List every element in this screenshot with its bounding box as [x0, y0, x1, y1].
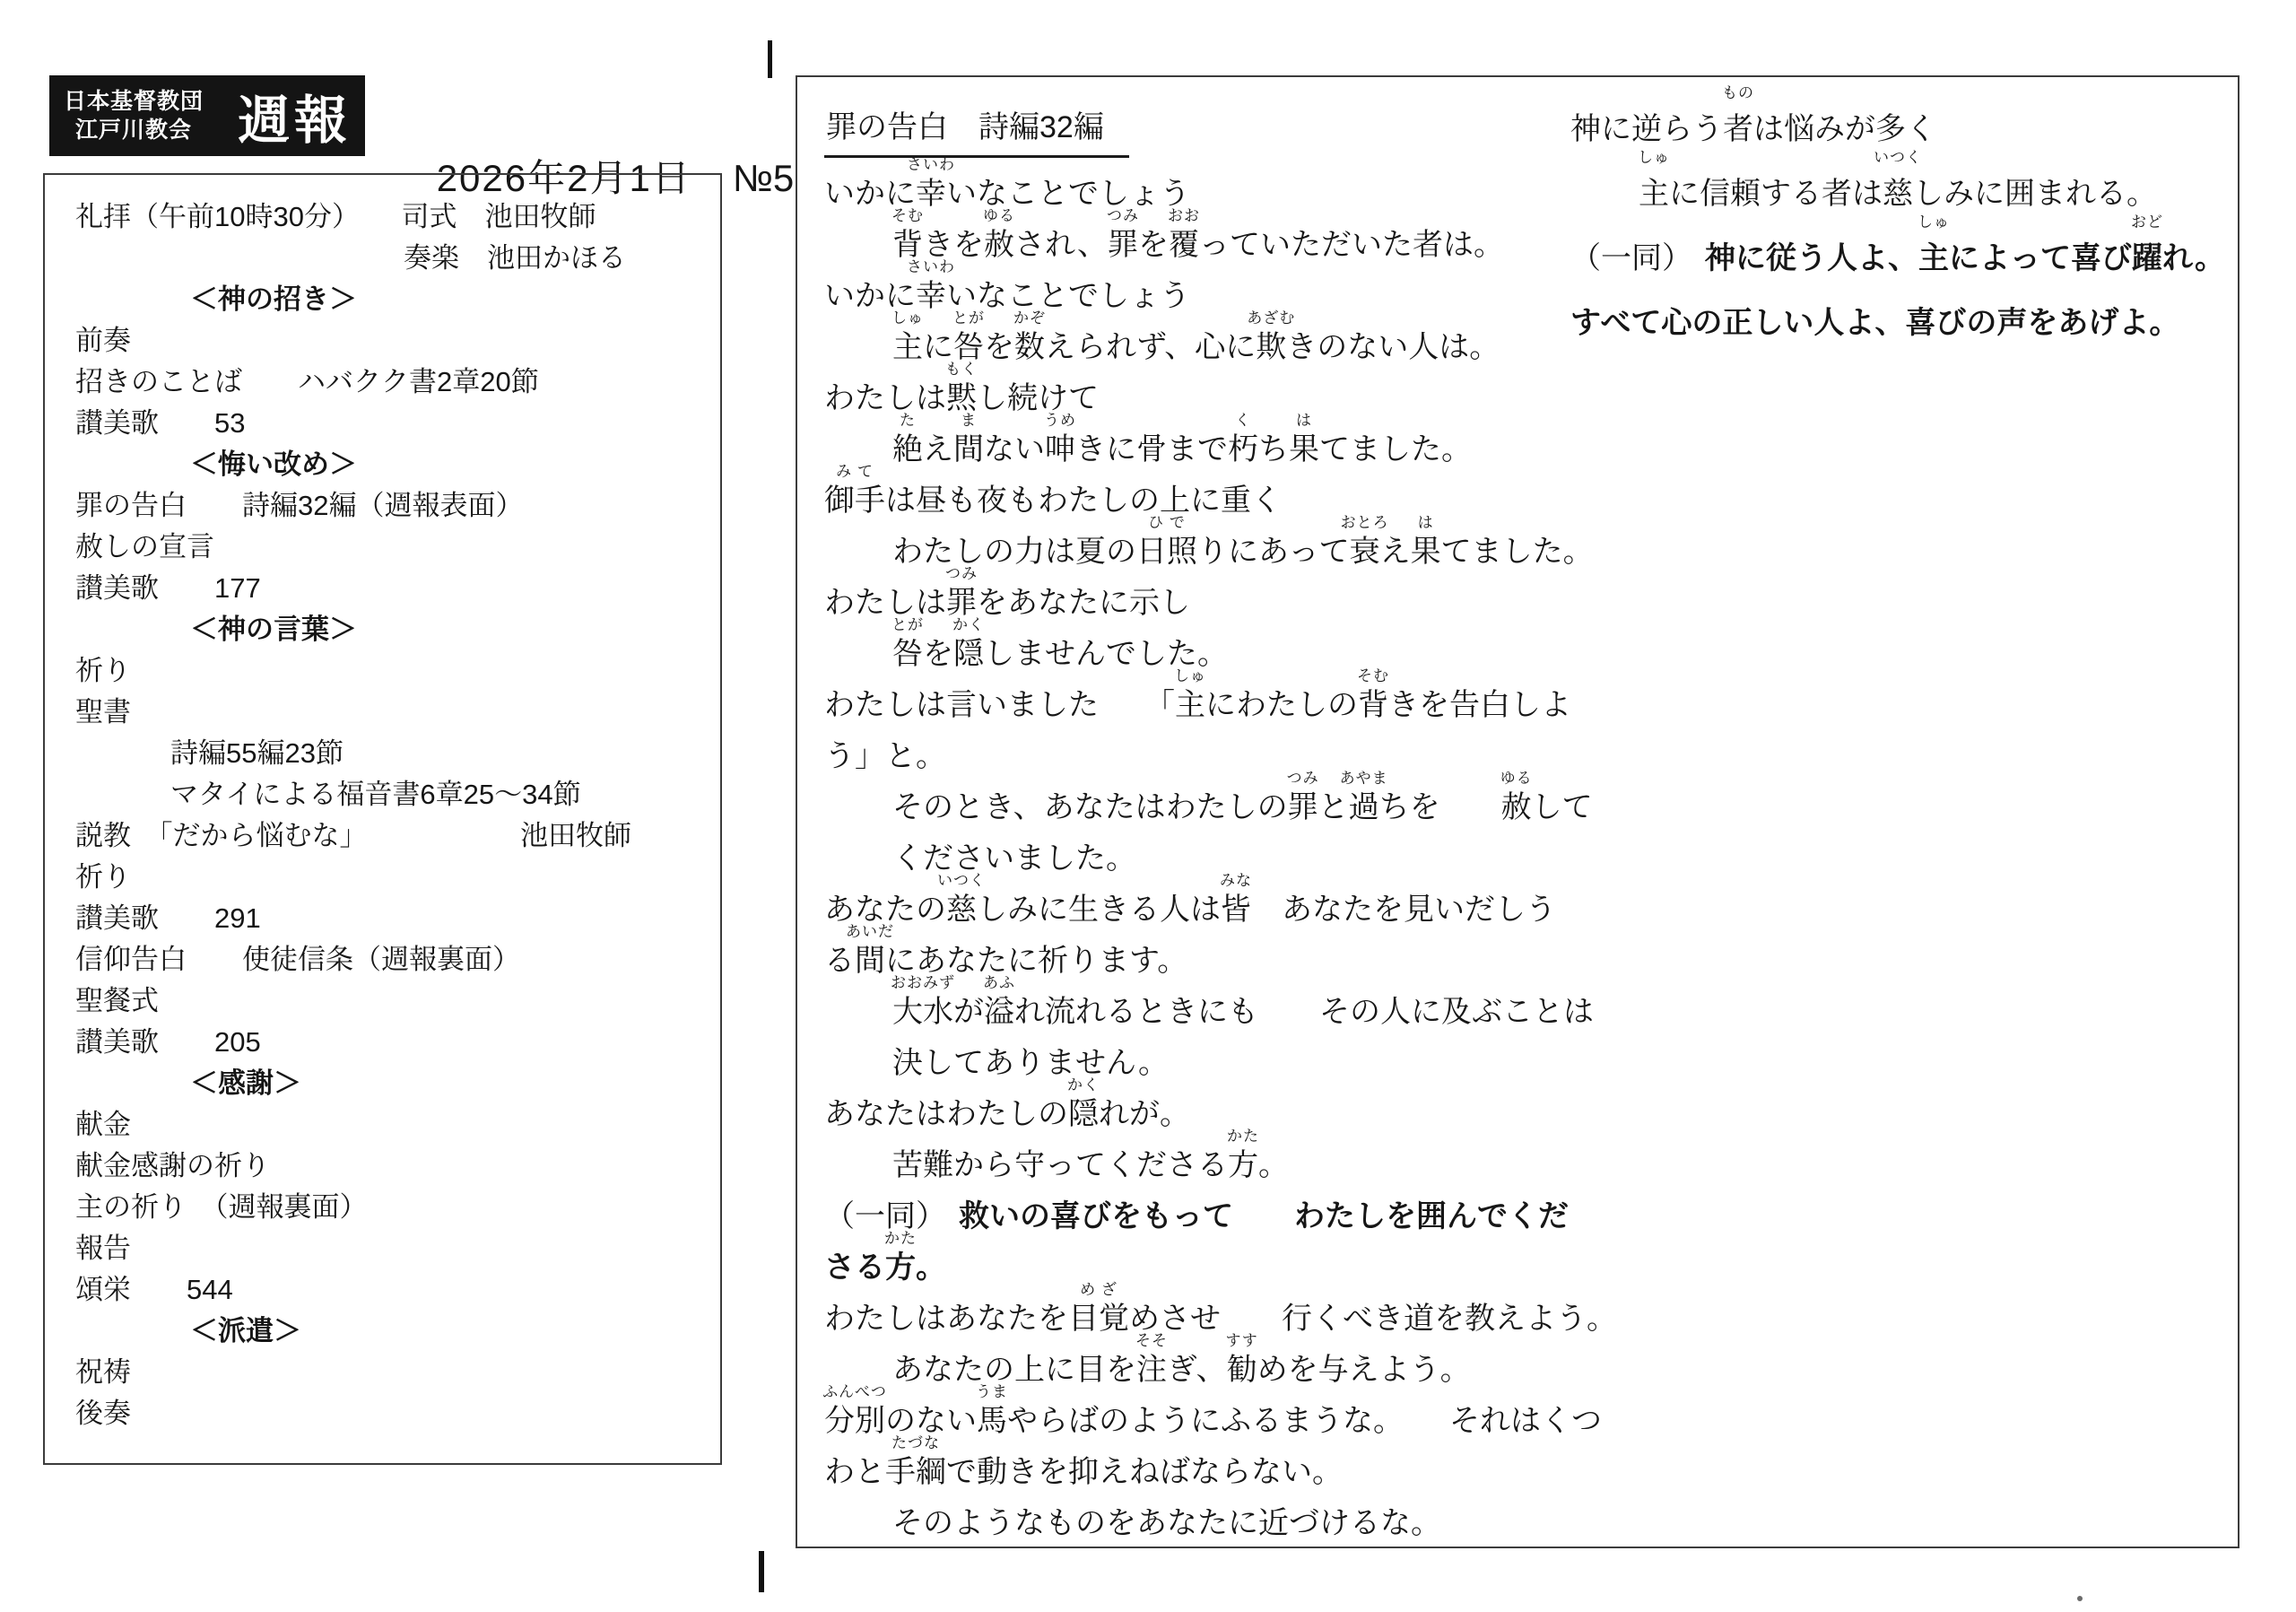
scan-speck [2077, 1596, 2083, 1601]
service-line: ＜感謝＞ [75, 1063, 713, 1104]
text-run: は悩みが多く [1753, 112, 1936, 146]
ruby-base: 衰おとろ [1350, 527, 1380, 578]
text-run: 決してありません。 [892, 1046, 1169, 1080]
text-run: あなたを見いだしう [1251, 893, 1556, 927]
furigana: うめ [1044, 413, 1076, 428]
furigana: かた [1227, 1128, 1259, 1144]
ruby-base: 慈いつく [946, 884, 977, 936]
issue-number: №5 [733, 157, 794, 199]
furigana: かく [1067, 1077, 1100, 1093]
psalm-line: 御手み ては昼も夜もわたしの上に重く [824, 475, 1570, 527]
service-line: 説教 「だから悩むな」 池田牧師 [75, 815, 713, 857]
furigana: たづな [891, 1435, 940, 1451]
text-run: れ流れるときにも その人に及ぶことは [1014, 995, 1594, 1029]
service-line: 祈り [75, 650, 713, 692]
furigana: ゆる [1500, 771, 1533, 786]
text-run: ない [984, 432, 1045, 466]
text-run: う」と。 [824, 739, 946, 773]
furigana: つみ [945, 566, 978, 581]
service-line: ＜派遣＞ [75, 1311, 713, 1352]
service-line: 赦しの宣言 [75, 527, 713, 568]
ruby-base: 馬うま [977, 1396, 1007, 1447]
text-run: いなことでしょう [946, 279, 1190, 313]
ruby-base: 分別ふんべつ [824, 1396, 885, 1447]
furigana: つみ [1287, 771, 1319, 786]
ruby-base: 御手み て [824, 475, 885, 527]
text-run: 救いの喜びをもって わたしを囲んでくだ [959, 1199, 1569, 1233]
text-run: りにあって [1197, 535, 1350, 569]
text-run: わたしは言いました 「 [824, 688, 1175, 722]
psalm-line: 主しゅに咎とがを数かぞえられず、心に欺あざむきのない人は。 [824, 322, 1570, 373]
text-run: えられず、心に [1045, 330, 1256, 364]
furigana: は [1418, 515, 1434, 530]
furigana: もの [1722, 85, 1754, 100]
psalm-line: 絶たえ間まない呻うめきに骨まで朽くち果はてました。 [824, 424, 1570, 475]
psalm-box: 罪の告白 詩編32編 いかに幸さいわいなことでしょう背そむきを赦ゆるされ、罪つみ… [796, 75, 2239, 1548]
text-run: あなたの上に目を [892, 1353, 1136, 1387]
text-run: てました。 [1441, 535, 1594, 569]
furigana: しゅ [1638, 150, 1670, 165]
furigana: おおみず [891, 975, 955, 990]
text-run: わたしはあなたを [824, 1302, 1068, 1336]
text-run: きに骨まで [1075, 432, 1228, 466]
furigana: すす [1226, 1333, 1258, 1348]
service-line: 頌栄 544 [75, 1269, 713, 1311]
furigana: そそ [1135, 1333, 1168, 1348]
furigana: く [1235, 413, 1251, 428]
psalm-line: いかに幸さいわいなことでしょう [824, 271, 1570, 322]
ruby-base: 大水おおみず [892, 987, 953, 1038]
psalm-line: そのとき、あなたはわたしの罪つみと過あやまちを 赦ゆるして [824, 782, 1570, 833]
service-line: 讃美歌 291 [75, 898, 713, 939]
ruby-base: 日照ひ で [1136, 527, 1197, 578]
ruby-base: 主しゅ [892, 322, 923, 373]
text-run: に [923, 330, 953, 364]
ruby-base: 方かた [1228, 1140, 1258, 1191]
furigana: さいわ [907, 157, 955, 172]
service-line: 聖書 [75, 692, 713, 733]
ruby-base: 絶た [892, 424, 923, 475]
furigana: かぞ [1013, 310, 1046, 326]
psalm-line: そのようなものをあなたに近づけるな。 [824, 1498, 1570, 1549]
text-run: めを与えよう。 [1257, 1353, 1471, 1387]
text-run: わたしは [824, 381, 946, 415]
text-run: （一同） [824, 1199, 946, 1233]
text-run: わたしの力は夏の [892, 535, 1136, 569]
text-run: わたしは [824, 586, 946, 620]
psalm-line: （一同）救いの喜びをもって わたしを囲んでくだ [824, 1191, 1570, 1242]
ruby-base: 隠かく [953, 629, 984, 680]
service-line: 後奏 [75, 1393, 713, 1434]
text-run: めさせ 行くべき道を教えよう。 [1129, 1302, 1617, 1336]
text-run: され、 [1014, 228, 1108, 262]
text-run: あなたはわたしの [824, 1097, 1068, 1131]
furigana: あいだ [846, 924, 894, 939]
church-name: 日本基督教団 江戸川教会 [64, 87, 204, 145]
ruby-base: 躍おど [2132, 226, 2162, 291]
psalm-line: う」と。 [824, 731, 1570, 782]
service-line: 讃美歌 53 [75, 403, 713, 444]
text-run: 神に従う人よ、 [1705, 241, 1918, 275]
text-run: いなことでしょう [946, 177, 1190, 211]
text-run: 。 [1258, 1148, 1289, 1182]
text-run: そのとき、あなたはわたしの [892, 790, 1288, 824]
furigana: そむ [891, 208, 924, 223]
service-line: 罪の告白 詩編32編（週報表面） [75, 485, 713, 527]
text-run: いかに [824, 177, 916, 211]
ruby-base: 赦ゆる [1501, 782, 1532, 833]
masthead: 日本基督教団 江戸川教会 週報 [49, 75, 365, 156]
furigana: み て [836, 464, 874, 479]
text-run: すべて心の正しい人よ、喜びの声をあげよ。 [1570, 306, 2179, 340]
ruby-base: 罪つみ [1108, 220, 1138, 271]
psalm-line: さる方かた。 [824, 1242, 1570, 1294]
ruby-base: 目覚め ざ [1068, 1294, 1129, 1345]
ruby-base: 方かた [885, 1242, 916, 1294]
psalm-column-1: 罪の告白 詩編32編 いかに幸さいわいなことでしょう背そむきを赦ゆるされ、罪つみ… [824, 97, 1570, 1549]
furigana: た [900, 413, 916, 428]
text-run: を [923, 637, 953, 671]
ruby-base: 者もの [1723, 97, 1753, 161]
ruby-base: 背そむ [1358, 680, 1388, 731]
text-run: さる [824, 1250, 885, 1285]
furigana: おとろ [1341, 515, 1389, 530]
text-run: くださいました。 [892, 841, 1136, 876]
psalm-title: 罪の告白 詩編32編 [824, 97, 1129, 158]
furigana: しゅ [891, 310, 924, 326]
ruby-base: 主しゅ [1918, 226, 1949, 291]
text-run: ぎ、 [1167, 1353, 1227, 1387]
ruby-base: 皆みな [1221, 884, 1251, 936]
psalm-line: あなたはわたしの隠かくれが。 [824, 1089, 1570, 1140]
furigana: ま [961, 413, 977, 428]
psalm-line: わと手綱たづなで動きを抑えねばならない。 [824, 1447, 1570, 1498]
service-line: 祝祷 [75, 1352, 713, 1393]
org-line1: 日本基督教団 [64, 87, 204, 117]
text-run: やらばのようにふるまうな。 それはくつ [1007, 1404, 1602, 1438]
ruby-base: 手綱たづな [885, 1447, 946, 1498]
text-run: しみに生きる人は [977, 893, 1221, 927]
ruby-base: 主しゅ [1175, 680, 1205, 731]
ruby-base: 間あいだ [855, 936, 885, 987]
service-line: 献金 [75, 1104, 713, 1146]
service-line: 主の祈り （週報裏面） [75, 1187, 713, 1228]
ruby-base: 覆おお [1169, 220, 1199, 271]
psalm-line: くださいました。 [824, 833, 1570, 884]
furigana: あざむ [1247, 310, 1295, 326]
ruby-base: 勧すす [1227, 1345, 1257, 1396]
text-run: る [824, 944, 855, 978]
psalm-line: あなたの慈いつくしみに生きる人は皆みな あなたを見いだしう [824, 884, 1570, 936]
psalm-column-2: 神に逆らう者ものは悩みが多く主しゅに信頼する者は慈いつくしみに囲まれる。（一同）… [1570, 97, 2236, 355]
psalm-col1-lines: いかに幸さいわいなことでしょう背そむきを赦ゆるされ、罪つみを覆おおっていただいた… [824, 169, 1570, 1549]
text-run: きを告白しよ [1388, 688, 1571, 722]
psalm-line: わたしは罪つみをあなたに示し [824, 578, 1570, 629]
service-line: 礼拝（午前10時30分） 司式 池田牧師 [75, 196, 713, 238]
text-run: っていただいた者は。 [1199, 228, 1504, 262]
furigana: め ざ [1080, 1282, 1118, 1297]
ruby-base: 赦ゆる [984, 220, 1014, 271]
furigana: ふんべつ [822, 1384, 887, 1399]
service-line: 讃美歌 205 [75, 1022, 713, 1063]
furigana: とが [952, 310, 985, 326]
furigana: あやま [1340, 771, 1388, 786]
service-line: 奏楽 池田かほる [75, 238, 713, 279]
ruby-base: 欺あざむ [1256, 322, 1286, 373]
text-run: れ。 [2162, 241, 2225, 275]
furigana: あふ [983, 975, 1015, 990]
furigana: もく [945, 362, 978, 377]
service-line: 祈り [75, 857, 713, 898]
text-run: にわたしの [1205, 688, 1358, 722]
furigana: さいわ [907, 259, 955, 274]
text-run: いかに [824, 279, 916, 313]
text-run: で動きを抑えねばならない。 [946, 1455, 1343, 1489]
text-run: ち [1258, 432, 1289, 466]
text-run: し続けて [977, 381, 1099, 415]
furigana: ひ で [1148, 515, 1186, 530]
furigana: そむ [1357, 668, 1389, 684]
ruby-base: 間ま [953, 424, 984, 475]
text-run: と [1318, 790, 1349, 824]
psalm-line: わたしの力は夏の日照ひ でりにあって衰おとろえ果はてました。 [824, 527, 1570, 578]
service-line: 信仰告白 使徒信条（週報裏面） [75, 939, 713, 980]
text-run: 苦難から守ってくださる [892, 1148, 1228, 1182]
psalm-line: 大水おおみずが溢あふれ流れるときにも その人に及ぶことは [824, 987, 1570, 1038]
ruby-base: 朽く [1228, 424, 1258, 475]
text-run: しみに囲まれる。 [1913, 177, 2157, 211]
ruby-base: 注そそ [1136, 1345, 1167, 1396]
text-run: のない [885, 1404, 977, 1438]
text-run: を [984, 330, 1014, 364]
text-run: に信頼する者は [1669, 177, 1883, 211]
service-line: マタイによる福音書6章25～34節 [75, 774, 713, 815]
text-run: きを [923, 228, 984, 262]
furigana: しゅ [1918, 214, 1950, 230]
furigana: とが [891, 617, 924, 632]
service-line: 献金感謝の祈り [75, 1146, 713, 1187]
text-run: あなたの [824, 893, 946, 927]
ruby-base: 数かぞ [1014, 322, 1045, 373]
furigana: いつく [937, 873, 986, 888]
ruby-base: 隠かく [1068, 1089, 1099, 1140]
psalm-line: 決してありません。 [824, 1038, 1570, 1089]
text-run: ちを [1379, 790, 1501, 824]
furigana: ゆる [983, 208, 1015, 223]
psalm-line: わたしは黙もくし続けて [824, 373, 1570, 424]
service-line: 詩編55編23節 [75, 733, 713, 774]
masthead-title: 週報 [238, 78, 351, 153]
furigana: は [1296, 413, 1312, 428]
ruby-base: 果は [1289, 424, 1319, 475]
psalm-line: （一同）神に従う人よ、主しゅによって喜び躍おどれ。 [1570, 226, 2236, 291]
furigana: おお [1168, 208, 1200, 223]
text-run: によって喜び [1949, 241, 2132, 275]
furigana: かく [952, 617, 985, 632]
furigana: しゅ [1174, 668, 1206, 684]
org-line2: 江戸川教会 [64, 116, 204, 145]
service-line: 聖餐式 [75, 980, 713, 1022]
text-run: は昼も夜もわたしの上に重く [885, 484, 1282, 518]
ruby-base: 呻うめ [1045, 424, 1075, 475]
text-run: しませんでした。 [984, 637, 1228, 671]
text-run: わと [824, 1455, 885, 1489]
text-run: して [1532, 790, 1593, 824]
service-line: ＜神の言葉＞ [75, 609, 713, 650]
service-line: 報告 [75, 1228, 713, 1269]
service-line: 招きのことば ハバクク書2章20節 [75, 362, 713, 403]
text-run: え [923, 432, 953, 466]
ruby-base: 主しゅ [1639, 161, 1669, 226]
ruby-base: 果は [1411, 527, 1441, 578]
service-line: 讃美歌 177 [75, 568, 713, 609]
text-run: れが。 [1099, 1097, 1190, 1131]
text-run: 神に逆らう [1570, 112, 1723, 146]
text-run: （一同） [1570, 241, 1692, 275]
text-run: をあなたに示し [977, 586, 1190, 620]
ruby-base: 溢あふ [984, 987, 1014, 1038]
text-run: きのない人は。 [1286, 330, 1500, 364]
service-order-box: 礼拝（午前10時30分） 司式 池田牧師奏楽 池田かほる＜神の招き＞前奏招きのこ… [43, 173, 722, 1465]
fold-mark-top [768, 40, 772, 78]
ruby-base: 慈いつく [1883, 161, 1913, 226]
ruby-base: 過あやま [1349, 782, 1379, 833]
text-run: そのようなものをあなたに近づけるな。 [892, 1506, 1441, 1540]
service-line: 前奏 [75, 320, 713, 362]
text-run: にあなたに祈ります。 [885, 944, 1187, 978]
furigana: うま [976, 1384, 1008, 1399]
furigana: いつく [1874, 150, 1922, 165]
service-line: ＜神の招き＞ [75, 279, 713, 320]
text-run: てました。 [1319, 432, 1472, 466]
psalm-line: すべて心の正しい人よ、喜びの声をあげよ。 [1570, 291, 2236, 355]
ruby-base: 咎とが [892, 629, 923, 680]
text-run: が [953, 995, 984, 1029]
service-line: ＜悔い改め＞ [75, 444, 713, 485]
psalm-line: わたしは言いました 「主しゅにわたしの背そむきを告白しよ [824, 680, 1570, 731]
fold-mark-bottom [759, 1551, 764, 1592]
furigana: おど [2131, 214, 2163, 230]
text-run: を [1138, 228, 1169, 262]
furigana: かた [884, 1231, 917, 1246]
furigana: みな [1220, 873, 1252, 888]
psalm-line: わたしはあなたを目覚め ざめさせ 行くべき道を教えよう。 [824, 1294, 1570, 1345]
text-run: え [1380, 535, 1411, 569]
psalm-line: あなたの上に目を注そそぎ、勧すすめを与えよう。 [824, 1345, 1570, 1396]
text-run: 。 [916, 1250, 946, 1285]
psalm-line: 苦難から守ってくださる方かた。 [824, 1140, 1570, 1191]
ruby-base: 罪つみ [1288, 782, 1318, 833]
furigana: つみ [1107, 208, 1139, 223]
bulletin-page: 日本基督教団 江戸川教会 週報 2026年2月1日№5 礼拝（午前10時30分）… [0, 0, 2296, 1612]
